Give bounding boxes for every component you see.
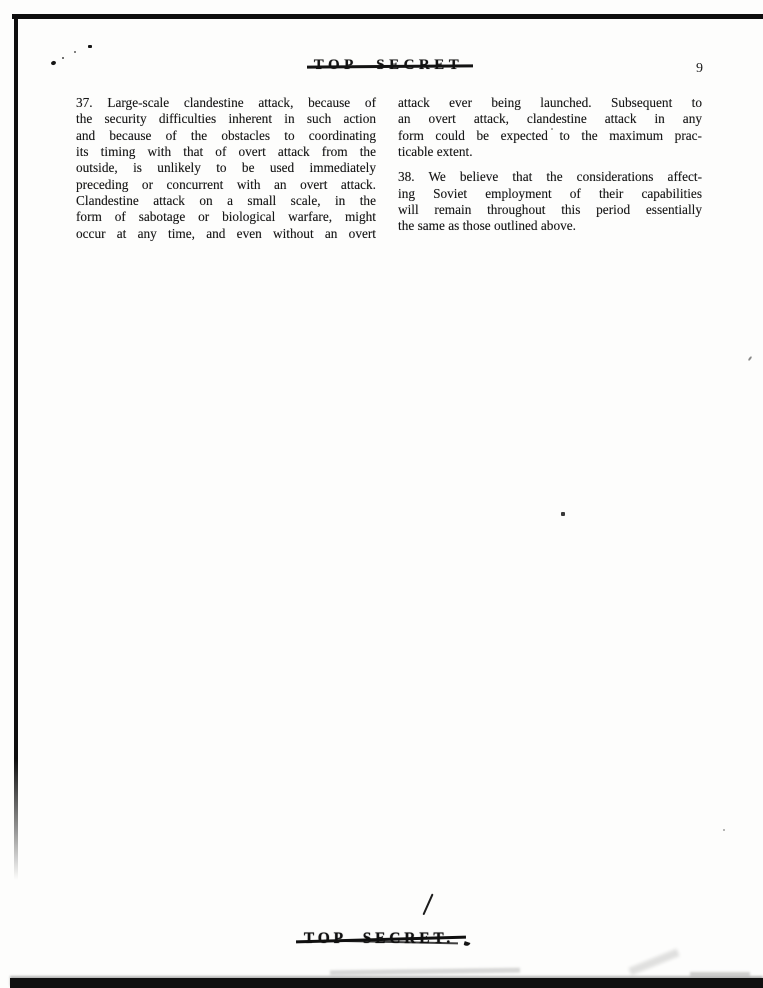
text-line: Clandestine attack on a small scale, in … [76, 193, 376, 209]
text-line: its timing with that of overt attack fro… [76, 144, 376, 160]
page-number: 9 [696, 61, 703, 77]
text-line: outside, is unlikely to be used immediat… [76, 160, 376, 176]
footer-classification: TOP SECRET. [0, 930, 763, 948]
text-line: the security difficulties inherent in su… [76, 111, 376, 127]
scan-border-left [14, 14, 18, 880]
text-line: an overt attack, clandestine attack in a… [398, 111, 702, 127]
document-body: 37. Large-scale clandestine attack, beca… [76, 95, 702, 242]
text-line: attack ever being launched. Subsequent t… [398, 95, 702, 111]
text-line: 37. Large-scale clandestine attack, beca… [76, 95, 376, 111]
text-line: and because of the obstacles to coordina… [76, 128, 376, 144]
classification-stamp-bottom: TOP SECRET. [304, 930, 454, 948]
text-line: will remain throughout this period essen… [398, 202, 702, 218]
text-line: the same as those outlined above. [398, 218, 702, 234]
left-column: 37. Large-scale clandestine attack, beca… [76, 95, 376, 242]
ink-speck [561, 512, 565, 516]
text-line: 38. We believe that the considerations a… [398, 169, 702, 185]
scan-smudge [628, 949, 679, 976]
text-line: ticable extent. [398, 144, 702, 160]
scanned-document-page: TOP SECRET 9 37. Large-scale clandestine… [0, 0, 763, 988]
ink-speck [88, 45, 92, 48]
classification-stamp-top: TOP SECRET [314, 57, 464, 74]
pen-slash-mark [422, 894, 434, 916]
header-classification: TOP SECRET [0, 56, 763, 74]
ink-speck [74, 51, 76, 53]
text-line: ing Soviet employment of their capabilit… [398, 186, 702, 202]
text-line: form of sabotage or biological warfare, … [76, 209, 376, 225]
text-line: preceding or concurrent with an overt at… [76, 177, 376, 193]
right-column: attack ever being launched. Subsequent t… [398, 95, 702, 242]
ink-speck [748, 356, 753, 361]
scan-smudge [330, 968, 520, 976]
text-line: occur at any time, and even without an o… [76, 226, 376, 242]
paragraph-38: 38. We believe that the considerations a… [398, 169, 702, 234]
ink-speck [723, 829, 725, 831]
paragraph-37: 37. Large-scale clandestine attack, beca… [76, 95, 376, 242]
scan-border-top [12, 14, 763, 19]
text-line: form could be expected to the maximum pr… [398, 128, 702, 144]
scan-smudge [690, 972, 750, 976]
scan-border-bottom [10, 978, 763, 988]
paragraph-37-continued: attack ever being launched. Subsequent t… [398, 95, 702, 160]
strikethrough-tail [464, 941, 471, 947]
